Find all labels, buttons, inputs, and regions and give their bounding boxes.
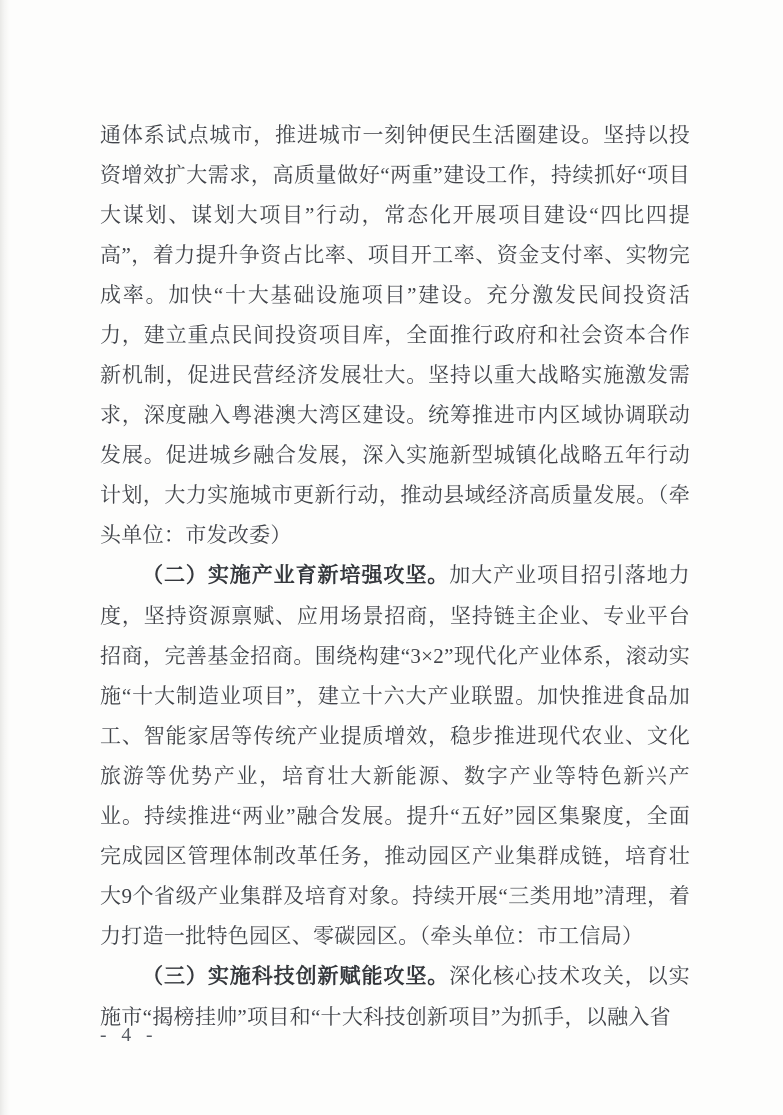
paragraph-text: 加大产业项目招引落地力度，坚持资源禀赋、应用场景招商，坚持链主企业、专业平台招商… — [100, 563, 690, 948]
page-number: - 4 - — [100, 1024, 158, 1048]
document-page: 通体系试点城市，推进城市一刻钟便民生活圈建设。坚持以投资增效扩大需求，高质量做好… — [0, 0, 783, 1115]
scan-edge-shadow — [0, 0, 10, 1115]
paragraph-text: 通体系试点城市，推进城市一刻钟便民生活圈建设。坚持以投资增效扩大需求，高质量做好… — [100, 123, 690, 547]
paragraph-lead: （二）实施产业育新培强攻坚。 — [142, 564, 449, 587]
paragraph-lead: （三）实施科技创新赋能攻坚。 — [142, 965, 449, 988]
document-body: 通体系试点城市，推进城市一刻钟便民生活圈建设。坚持以投资增效扩大需求，高质量做好… — [100, 115, 690, 1037]
paragraph: （二）实施产业育新培强攻坚。加大产业项目招引落地力度，坚持资源禀赋、应用场景招商… — [100, 555, 690, 956]
paragraph: 通体系试点城市，推进城市一刻钟便民生活圈建设。坚持以投资增效扩大需求，高质量做好… — [100, 115, 690, 555]
paragraph: （三）实施科技创新赋能攻坚。深化核心技术攻关，以实施市“揭榜挂帅”项目和“十大科… — [100, 956, 690, 1037]
